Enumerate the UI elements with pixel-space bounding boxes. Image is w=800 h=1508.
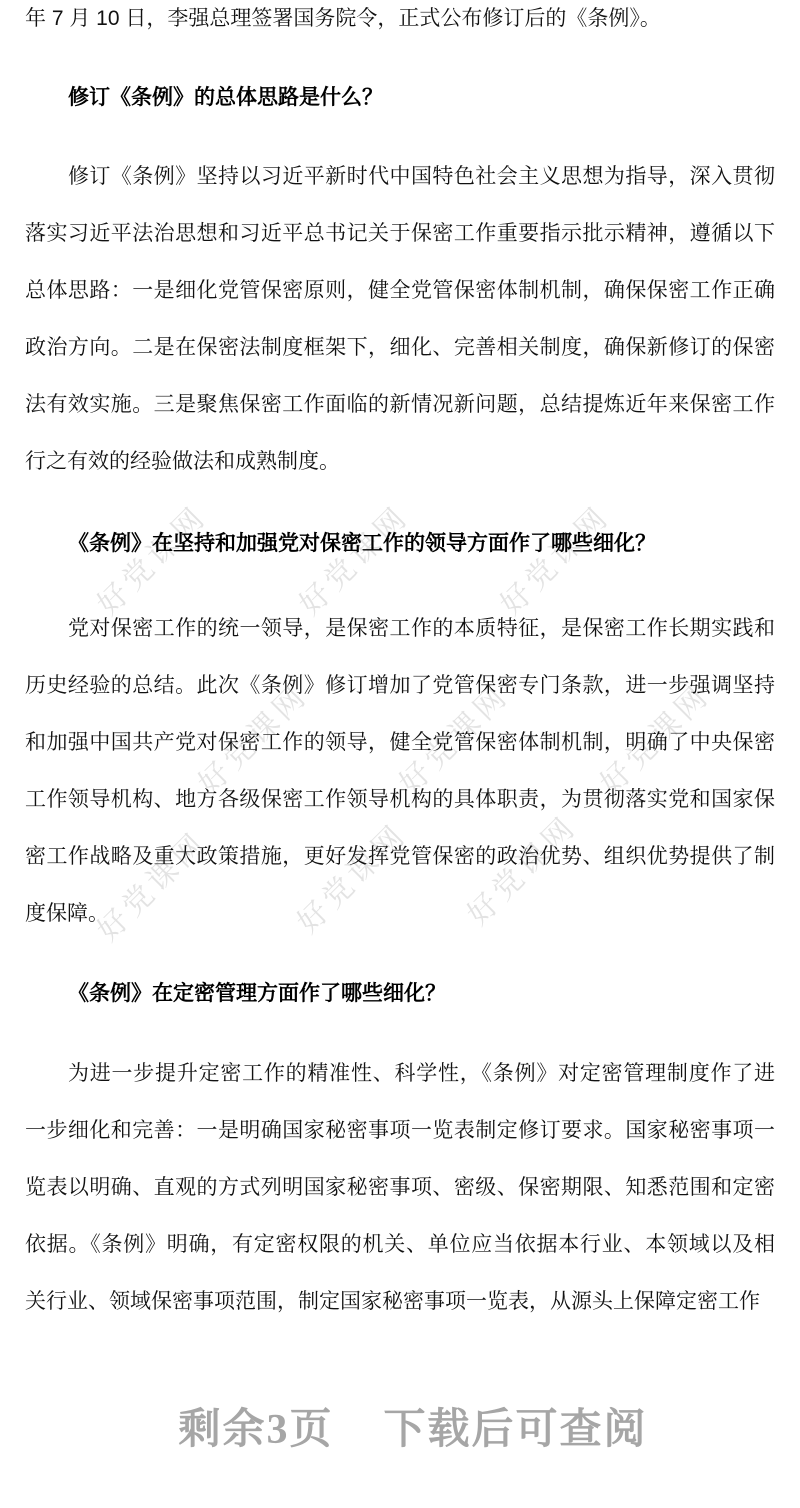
document-section: 《条例》在坚持和加强党对保密工作的领导方面作了哪些细化？ 党对保密工作的统一领导… xyxy=(25,515,775,942)
document-page: 好党课网好党课网好党课网好党课网好党课网好党课网好党课网好党课网好党课网 年 7… xyxy=(0,0,800,1508)
section-heading: 《条例》在定密管理方面作了哪些细化？ xyxy=(25,965,775,1022)
paragraph-line: 关行业、领域保密事项范围，制定国家秘密事项一览表，从源头上保障定密工作 xyxy=(25,1273,775,1330)
paragraph-line: 落实习近平法治思想和习近平总书记关于保密工作重要指示批示精神，遵循以下 xyxy=(25,205,775,262)
document-section: 修订《条例》的总体思路是什么？ 修订《条例》坚持以习近平新时代中国特色社会主义思… xyxy=(25,69,775,490)
paragraph-line: 览表以明确、直观的方式列明国家秘密事项、密级、保密期限、知悉范围和定密 xyxy=(25,1159,775,1216)
paragraph-line: 工作领导机构、地方各级保密工作领导机构的具体职责，为贯彻落实党和国家保 xyxy=(25,771,775,828)
paragraph-line: 总体思路：一是细化党管保密原则，健全党管保密体制机制，确保保密工作正确 xyxy=(25,262,775,319)
document-section: 《条例》在定密管理方面作了哪些细化？ 为进一步提升定密工作的精准性、科学性，《条… xyxy=(25,965,775,1330)
section-heading: 《条例》在坚持和加强党对保密工作的领导方面作了哪些细化？ xyxy=(25,515,775,572)
paragraph-line: 为进一步提升定密工作的精准性、科学性，《条例》对定密管理制度作了进 xyxy=(25,1045,775,1102)
paragraph-line: 和加强中国共产党对保密工作的领导，健全党管保密体制机制，明确了中央保密 xyxy=(25,714,775,771)
section-heading: 修订《条例》的总体思路是什么？ xyxy=(25,69,775,126)
paragraph-line: 法有效实施。三是聚焦保密工作面临的新情况新问题，总结提炼近年来保密工作 xyxy=(25,376,775,433)
section-paragraph: 修订《条例》坚持以习近平新时代中国特色社会主义思想为指导，深入贯彻落实习近平法治… xyxy=(25,148,775,490)
paragraph-line: 政治方向。二是在保密法制度框架下，细化、完善相关制度，确保新修订的保密 xyxy=(25,319,775,376)
sections: 修订《条例》的总体思路是什么？ 修订《条例》坚持以习近平新时代中国特色社会主义思… xyxy=(25,69,775,1330)
paragraph-line: 一步细化和完善：一是明确国家秘密事项一览表制定修订要求。国家秘密事项一 xyxy=(25,1102,775,1159)
section-paragraph: 党对保密工作的统一领导，是保密工作的本质特征，是保密工作长期实践和历史经验的总结… xyxy=(25,600,775,942)
paragraph-line: 密工作战略及重大政策措施，更好发挥党管保密的政治优势、组织优势提供了制 xyxy=(25,828,775,885)
footer-notice: 剩余3页下载后可查阅 xyxy=(25,1400,775,1460)
download-hint-label: 下载后可查阅 xyxy=(384,1407,648,1453)
intro-paragraph-line: 年 7 月 10 日，李强总理签署国务院令，正式公布修订后的《条例》。 xyxy=(25,0,775,47)
paragraph-line: 党对保密工作的统一领导，是保密工作的本质特征，是保密工作长期实践和 xyxy=(25,600,775,657)
pages-remaining-label: 剩余3页 xyxy=(178,1407,333,1453)
paragraph-line: 修订《条例》坚持以习近平新时代中国特色社会主义思想为指导，深入贯彻 xyxy=(25,148,775,205)
document-content: 年 7 月 10 日，李强总理签署国务院令，正式公布修订后的《条例》。 修订《条… xyxy=(0,0,800,1460)
paragraph-line: 历史经验的总结。此次《条例》修订增加了党管保密专门条款，进一步强调坚持 xyxy=(25,657,775,714)
paragraph-line: 度保障。 xyxy=(25,885,775,942)
paragraph-line: 依据。《条例》明确，有定密权限的机关、单位应当依据本行业、本领域以及相 xyxy=(25,1216,775,1273)
paragraph-line: 行之有效的经验做法和成熟制度。 xyxy=(25,433,775,490)
section-paragraph: 为进一步提升定密工作的精准性、科学性，《条例》对定密管理制度作了进一步细化和完善… xyxy=(25,1045,775,1330)
